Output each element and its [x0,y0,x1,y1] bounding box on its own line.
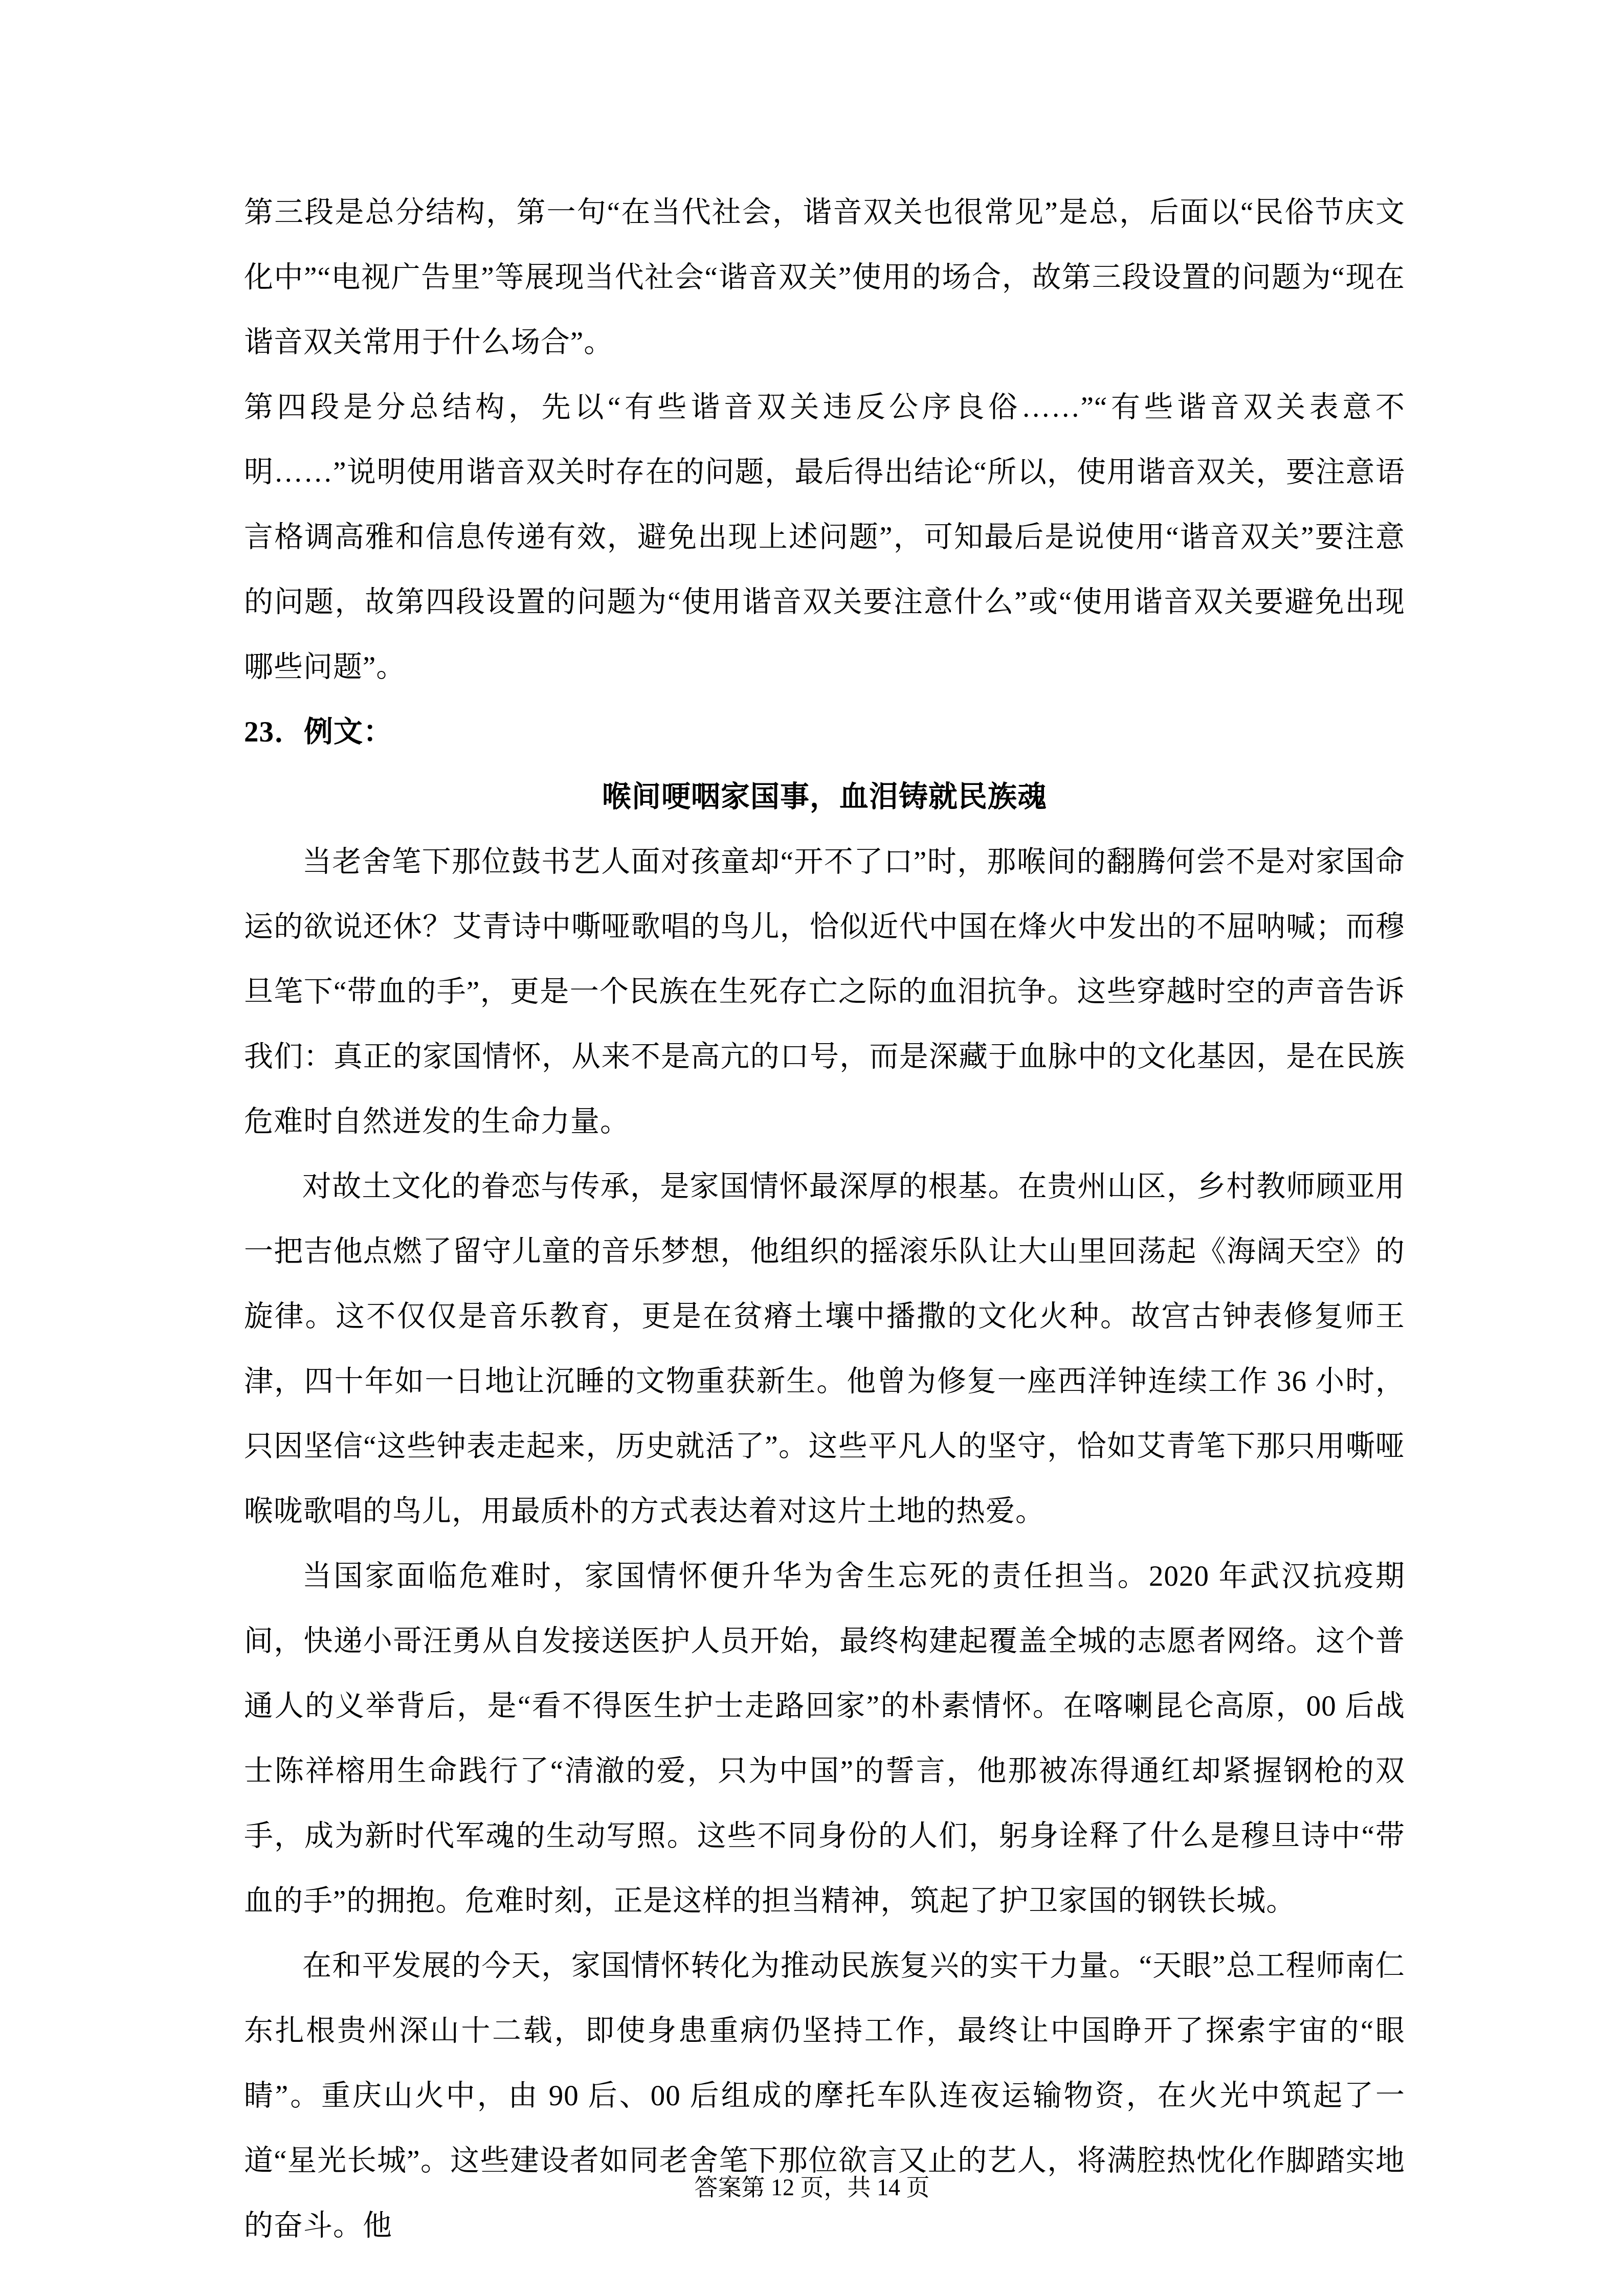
essay-title: 喉间哽咽家国事，血泪铸就民族魂 [244,764,1405,829]
question-23-label: 23．例文： [244,700,1405,764]
essay-paragraph-crisis: 当国家面临危难时，家国情怀便升华为舍生忘死的责任担当。2020 年武汉抗疫期间，… [244,1544,1405,1933]
analysis-paragraph-section-4: 第四段是分总结构，先以“有些谐音双关违反公序良俗……”“有些谐音双关表意不明……… [244,375,1405,700]
essay-paragraph-peace: 在和平发展的今天，家国情怀转化为推动民族复兴的实干力量。“天眼”总工程师南仁东扎… [244,1933,1405,2258]
analysis-paragraph-section-3: 第三段是总分结构，第一句“在当代社会，谐音双关也很常见”是总，后面以“民俗节庆文… [244,180,1405,375]
answer-sheet-page: 第三段是总分结构，第一句“在当代社会，谐音双关也很常见”是总，后面以“民俗节庆文… [0,0,1624,2296]
essay-paragraph-intro: 当老舍笔下那位鼓书艺人面对孩童却“开不了口”时，那喉间的翻腾何尝不是对家国命运的… [244,829,1405,1154]
page-content: 第三段是总分结构，第一句“在当代社会，谐音双关也很常见”是总，后面以“民俗节庆文… [244,180,1405,2258]
page-footer: 答案第 12 页，共 14 页 [0,2172,1624,2203]
essay-paragraph-culture: 对故土文化的眷恋与传承，是家国情怀最深厚的根基。在贵州山区，乡村教师顾亚用一把吉… [244,1154,1405,1544]
